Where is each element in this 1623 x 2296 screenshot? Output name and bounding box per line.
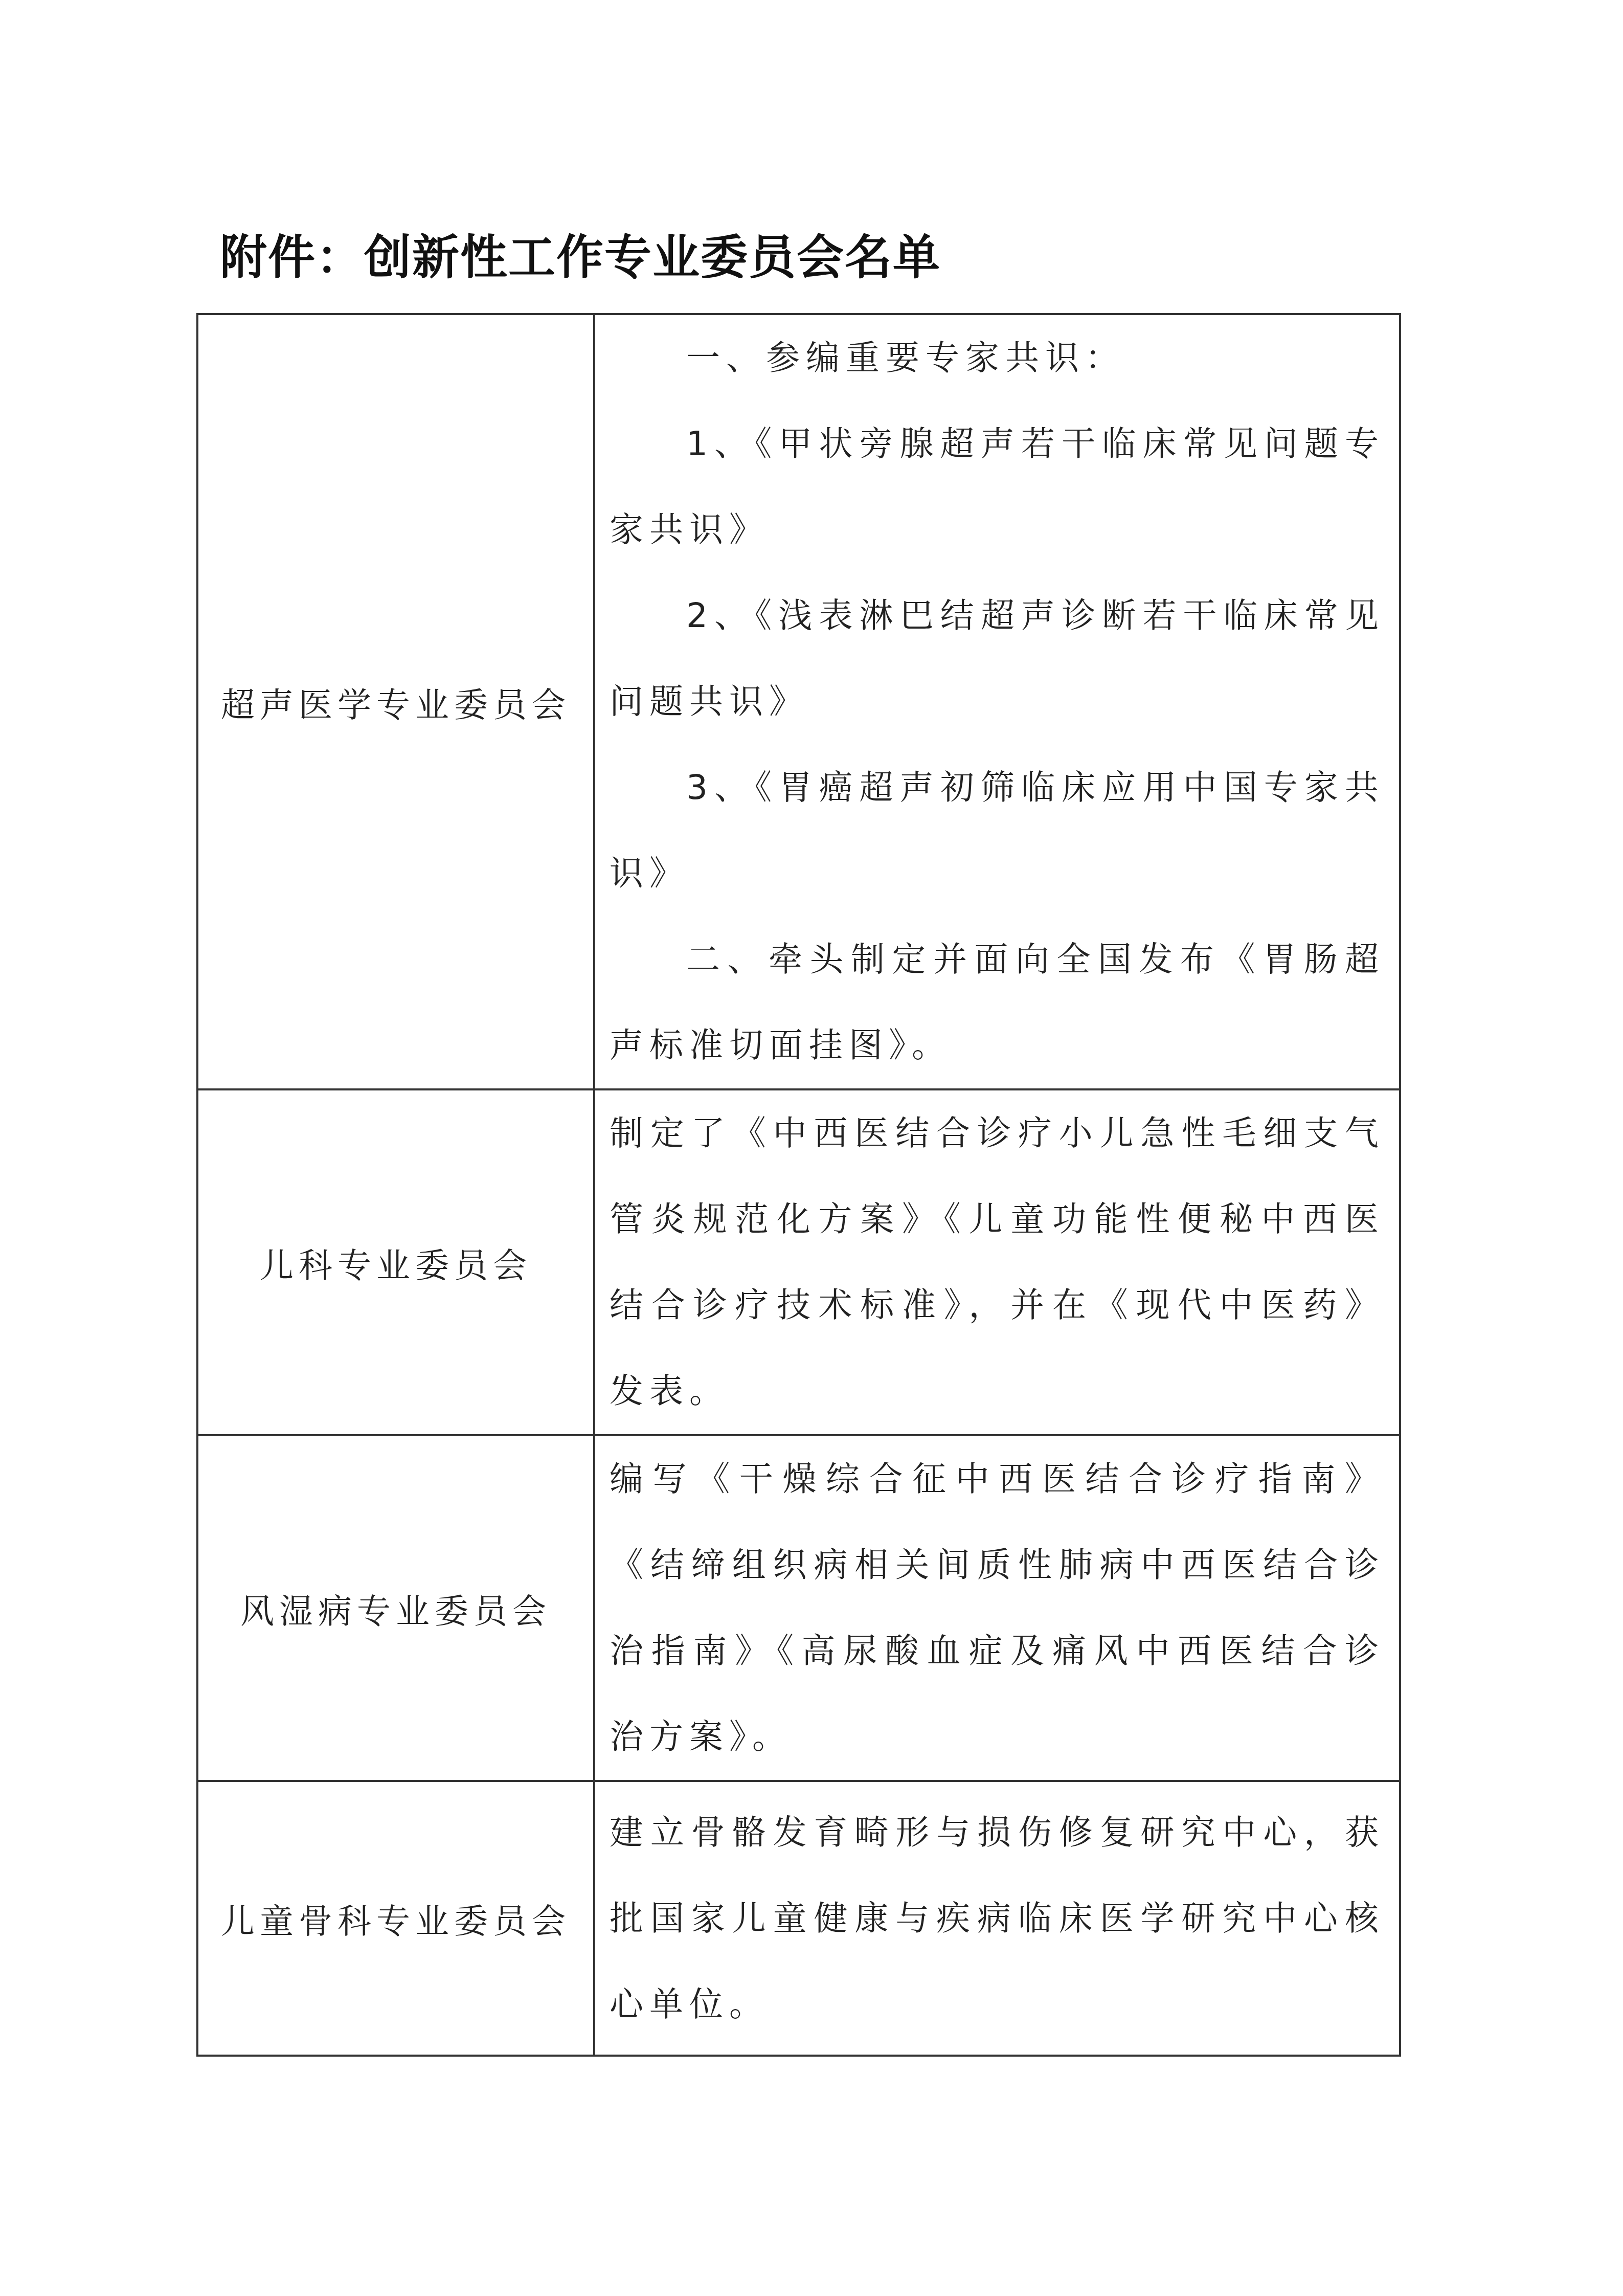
achievement-cell: 编写《干燥综合征中西医结合诊疗指南》《结缔组织病相关间质性肺病中西医结合诊治指南… <box>594 1435 1400 1781</box>
achievement-paragraph: 1、《甲状旁腺超声若干临床常见问题专家共识》 <box>610 401 1385 573</box>
achievement-paragraph: 建立骨骼发育畸形与损伤修复研究中心，获批国家儿童健康与疾病临床医学研究中心核心单… <box>610 1790 1385 2047</box>
document-title: 附件：创新性工作专业委员会名单 <box>220 220 941 287</box>
table-row: 儿科专业委员会 制定了《中西医结合诊疗小儿急性毛细支气管炎规范化方案》《儿童功能… <box>197 1089 1400 1435</box>
achievement-paragraph: 一、参编重要专家共识： <box>610 315 1385 401</box>
table-row: 儿童骨科专业委员会 建立骨骼发育畸形与损伤修复研究中心，获批国家儿童健康与疾病临… <box>197 1781 1400 2056</box>
achievement-cell: 一、参编重要专家共识： 1、《甲状旁腺超声若干临床常见问题专家共识》 2、《浅表… <box>594 314 1400 1089</box>
achievement-cell: 建立骨骼发育畸形与损伤修复研究中心，获批国家儿童健康与疾病临床医学研究中心核心单… <box>594 1781 1400 2056</box>
achievement-paragraph: 2、《浅表淋巴结超声诊断若干临床常见问题共识》 <box>610 573 1385 745</box>
committee-name-cell: 风湿病专业委员会 <box>197 1435 594 1781</box>
achievement-paragraph: 3、《胃癌超声初筛临床应用中国专家共识》 <box>610 745 1385 917</box>
table-row: 风湿病专业委员会 编写《干燥综合征中西医结合诊疗指南》《结缔组织病相关间质性肺病… <box>197 1435 1400 1781</box>
achievement-paragraph: 编写《干燥综合征中西医结合诊疗指南》《结缔组织病相关间质性肺病中西医结合诊治指南… <box>610 1436 1385 1780</box>
committee-name-cell: 超声医学专业委员会 <box>197 314 594 1089</box>
committee-name-cell: 儿科专业委员会 <box>197 1089 594 1435</box>
committee-name-cell: 儿童骨科专业委员会 <box>197 1781 594 2056</box>
achievement-paragraph: 二、牵头制定并面向全国发布《胃肠超声标准切面挂图》。 <box>610 917 1385 1088</box>
achievement-paragraph: 制定了《中西医结合诊疗小儿急性毛细支气管炎规范化方案》《儿童功能性便秘中西医结合… <box>610 1090 1385 1434</box>
table-row: 超声医学专业委员会 一、参编重要专家共识： 1、《甲状旁腺超声若干临床常见问题专… <box>197 314 1400 1089</box>
committee-table: 超声医学专业委员会 一、参编重要专家共识： 1、《甲状旁腺超声若干临床常见问题专… <box>196 313 1401 2057</box>
achievement-cell: 制定了《中西医结合诊疗小儿急性毛细支气管炎规范化方案》《儿童功能性便秘中西医结合… <box>594 1089 1400 1435</box>
